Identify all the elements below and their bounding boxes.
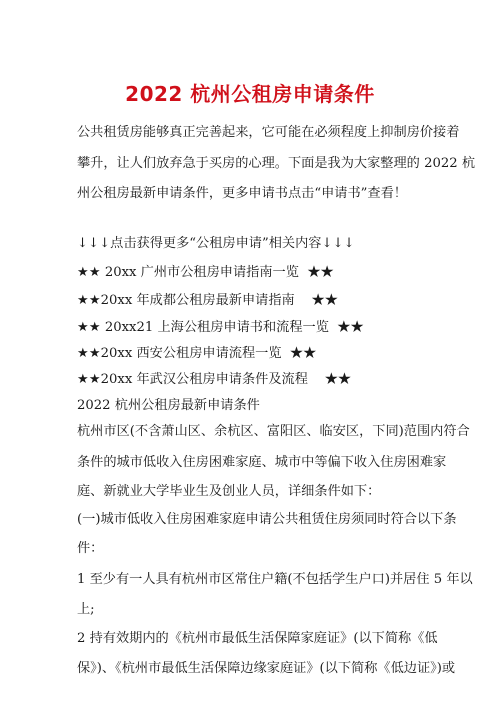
body-line: 上;: [77, 600, 95, 620]
related-header: ↓↓↓点击获得更多“公租房申请”相关内容↓↓↓: [77, 234, 355, 254]
body-line: 庭、新就业大学毕业生及创业人员，详细条件如下：: [77, 482, 380, 502]
related-link[interactable]: ★★20xx 西安公租房申请流程一览 ★★: [77, 344, 316, 364]
related-link[interactable]: ★★ 20xx 广州市公租房申请指南一览 ★★: [77, 263, 334, 283]
body-line: 1 至少有一人具有杭州市区常住户籍(不包括学生户口)并居住 5 年以: [77, 570, 427, 590]
intro-line: 公共租赁房能够真正完善起来，它可能在必须程度上抑制房价接着: [77, 123, 427, 143]
body-line: 件：: [77, 539, 103, 559]
body-line: (一)城市低收入住房困难家庭申请公共租赁住房须同时符合以下条: [77, 510, 427, 530]
section-heading: 2022 杭州公租房最新申请条件: [77, 396, 260, 416]
intro-line: 州公租房最新申请条件，更多申请书点击“申请书”查看！: [77, 184, 407, 204]
body-line: 条件的城市低收入住房困难家庭、城市中等偏下收入住房困难家: [77, 453, 427, 473]
body-line: 2 持有效期内的《杭州市最低生活保障家庭证》(以下简称《低: [77, 629, 427, 649]
body-line: 杭州市区(不含萧山区、余杭区、富阳区、临安区，下同)范围内符合: [77, 422, 427, 442]
related-link[interactable]: ★★ 20xx21 上海公租房申请书和流程一览 ★★: [77, 318, 364, 338]
body-line: 保》)、《杭州市最低生活保障边缘家庭证》(以下简称《低边证》)或: [77, 659, 427, 679]
related-link[interactable]: ★★20xx 年武汉公租房申请条件及流程 ★★: [77, 370, 351, 390]
related-link[interactable]: ★★20xx 年成都公租房最新申请指南 ★★: [77, 291, 338, 311]
document-title: 2022 杭州公租房申请条件: [0, 78, 500, 107]
intro-line: 攀升，让人们放弃急于买房的心理。下面是我为大家整理的 2022 杭: [77, 154, 427, 174]
